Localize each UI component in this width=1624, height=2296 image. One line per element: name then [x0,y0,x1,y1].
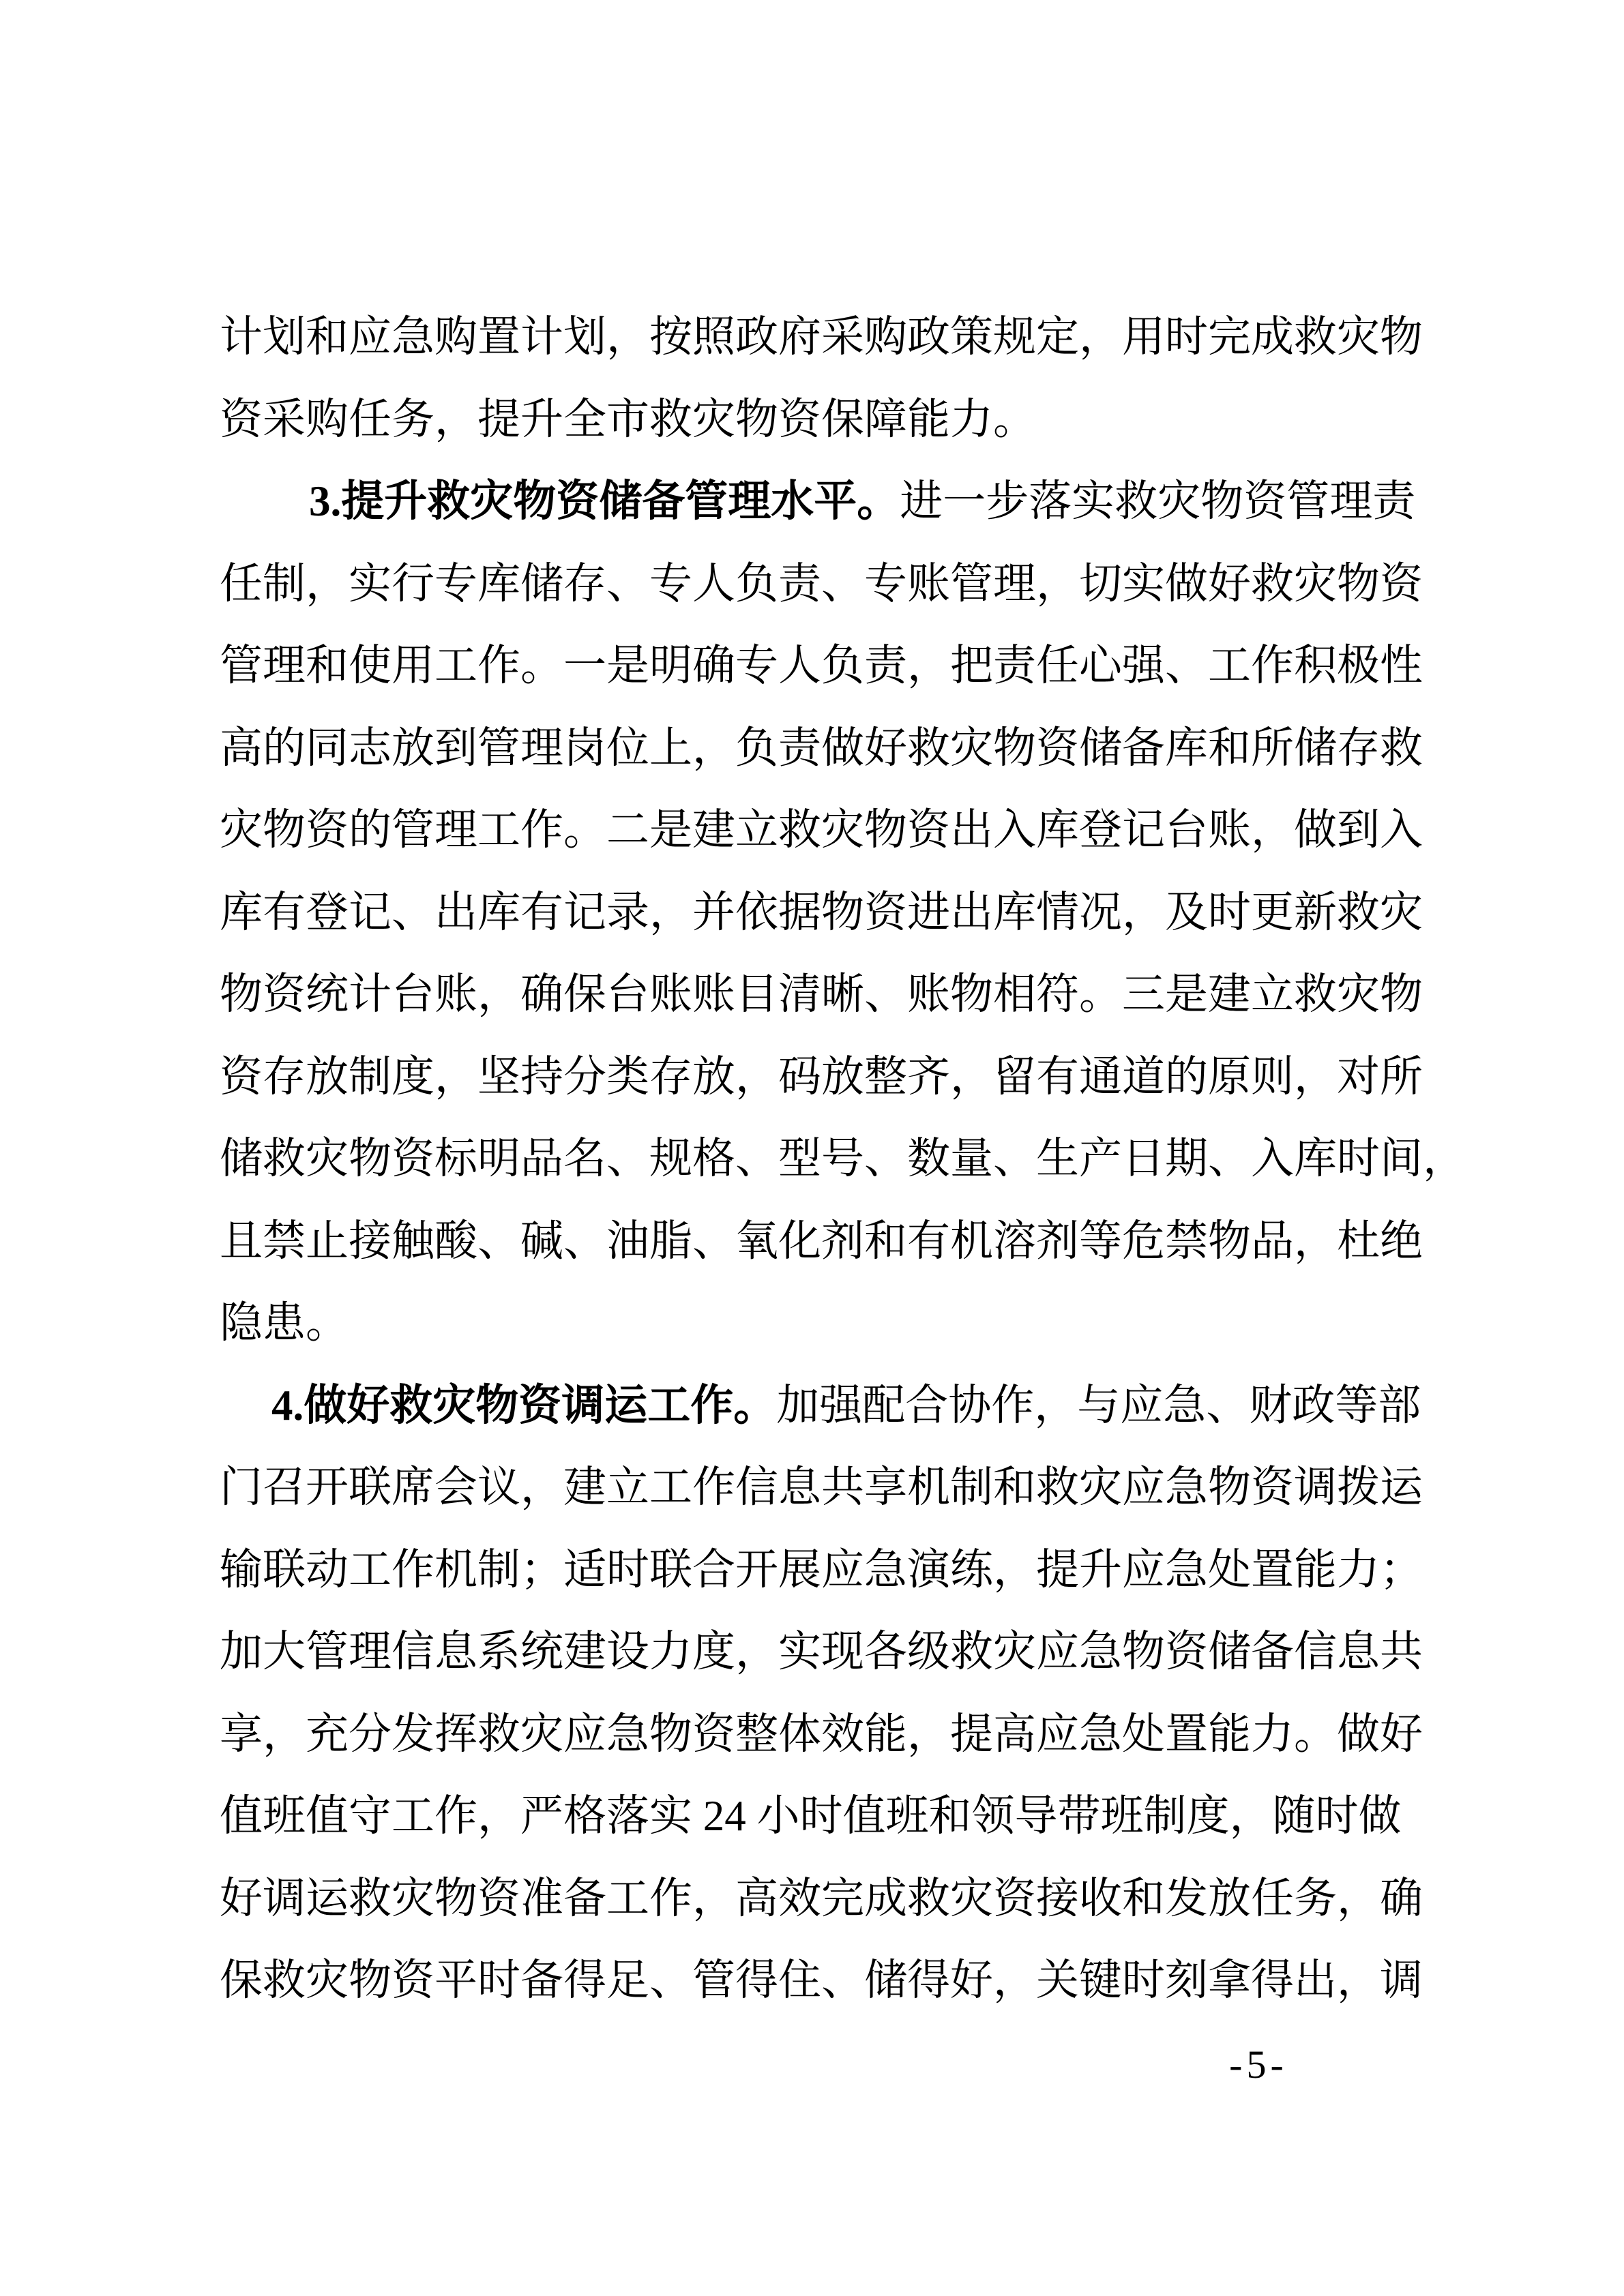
text-line: 享，充分发挥救灾应急物资整体效能，提高应急处置能力。做好 [220,1693,1441,1776]
text-line: 计划和应急购置计划，按照政府采购政策规定，用时完成救灾物 [220,296,1441,378]
text-line: 4.做好救灾物资调运工作。加强配合协作，与应急、财政等部 [220,1365,1441,1447]
paragraph-text: 加强配合协作，与应急、财政等部 [776,1382,1421,1429]
text-line: 库有登记、出库有记录，并依据物资进出库情况，及时更新救灾 [220,871,1441,954]
text-line: 资存放制度，坚持分类存放，码放整齐，留有通道的原则，对所 [220,1036,1441,1118]
text-line: 保救灾物资平时备得足、管得住、储得好，关键时刻拿得出，调 [220,1939,1441,2022]
paragraph-text: 好调运救灾物资准备工作，高效完成救灾资接收和发放任务，确 [220,1875,1423,1922]
text-line: 隐患。 [220,1282,1441,1365]
paragraph-lead-text: 4.做好救灾物资调运工作。 [271,1382,776,1429]
page-number: -5- [1207,2038,1310,2092]
paragraph-text: 门召开联席会议，建立工作信息共享机制和救灾应急物资调拨运 [220,1463,1423,1511]
paragraph-text: 任制，实行专库储存、专人负责、专账管理，切实做好救灾物资 [220,560,1423,608]
paragraph-text: 物资统计台账，确保台账账目清晰、账物相符。三是建立救灾物 [220,970,1423,1018]
text-line: 管理和使用工作。一是明确专人负责，把责任心强、工作积极性 [220,625,1441,707]
paragraph-text: 库有登记、出库有记录，并依据物资进出库情况，及时更新救灾 [220,889,1423,936]
paragraph-text: 资存放制度，坚持分类存放，码放整齐，留有通道的原则，对所 [220,1053,1423,1101]
text-line: 储救灾物资标明品名、规格、型号、数量、生产日期、入库时间， [220,1118,1441,1200]
paragraph-text: 灾物资的管理工作。二是建立救灾物资出入库登记台账，做到入 [220,806,1423,854]
paragraph-text: 资采购任务，提升全市救灾物资保障能力。 [220,396,1036,443]
paragraph-text: 且禁止接触酸、碱、油脂、氧化剂和有机溶剂等危禁物品，杜绝 [220,1217,1423,1265]
paragraph-text: 管理和使用工作。一是明确专人负责，把责任心强、工作积极性 [220,642,1423,689]
text-line: 好调运救灾物资准备工作，高效完成救灾资接收和发放任务，确 [220,1858,1441,1940]
text-line: 门召开联席会议，建立工作信息共享机制和救灾应急物资调拨运 [220,1446,1441,1529]
text-line: 输联动工作机制；适时联合开展应急演练，提升应急处置能力； [220,1529,1441,1611]
paragraph-text: 保救灾物资平时备得足、管得住、储得好，关键时刻拿得出，调 [220,1956,1423,2004]
paragraph-text: 享，充分发挥救灾应急物资整体效能，提高应急处置能力。做好 [220,1710,1423,1758]
text-line: 加大管理信息系统建设力度，实现各级救灾应急物资储备信息共 [220,1611,1441,1693]
paragraph-text: 进一步落实救灾物资管理责 [900,477,1415,525]
document-body: 计划和应急购置计划，按照政府采购政策规定，用时完成救灾物资采购任务，提升全市救灾… [220,296,1441,2022]
paragraph-lead-text: 3.提升救灾物资储备管理水平。 [309,477,900,525]
text-line: 资采购任务，提升全市救灾物资保障能力。 [220,378,1441,461]
text-line: 值班值守工作，严格落实 24 小时值班和领导带班制度，随时做 [220,1775,1441,1858]
text-line: 灾物资的管理工作。二是建立救灾物资出入库登记台账，做到入 [220,789,1441,871]
text-line: 任制，实行专库储存、专人负责、专账管理，切实做好救灾物资 [220,543,1441,625]
paragraph-text: 计划和应急购置计划，按照政府采购政策规定，用时完成救灾物 [220,313,1423,361]
paragraph-text: 储救灾物资标明品名、规格、型号、数量、生产日期、入库时间， [220,1135,1466,1182]
text-line: 3.提升救灾物资储备管理水平。进一步落实救灾物资管理责 [220,460,1441,543]
paragraph-text: 隐患。 [220,1299,349,1347]
text-line: 且禁止接触酸、碱、油脂、氧化剂和有机溶剂等危禁物品，杜绝 [220,1200,1441,1283]
paragraph-text: 加大管理信息系统建设力度，实现各级救灾应急物资储备信息共 [220,1628,1423,1675]
document-page: 计划和应急购置计划，按照政府采购政策规定，用时完成救灾物资采购任务，提升全市救灾… [0,0,1624,2296]
paragraph-text: 高的同志放到管理岗位上，负责做好救灾物资储备库和所储存救 [220,724,1423,772]
paragraph-text: 值班值守工作，严格落实 24 小时值班和领导带班制度，随时做 [220,1792,1402,1840]
text-line: 高的同志放到管理岗位上，负责做好救灾物资储备库和所储存救 [220,707,1441,790]
text-line: 物资统计台账，确保台账账目清晰、账物相符。三是建立救灾物 [220,953,1441,1036]
paragraph-text: 输联动工作机制；适时联合开展应急演练，提升应急处置能力； [220,1546,1423,1594]
